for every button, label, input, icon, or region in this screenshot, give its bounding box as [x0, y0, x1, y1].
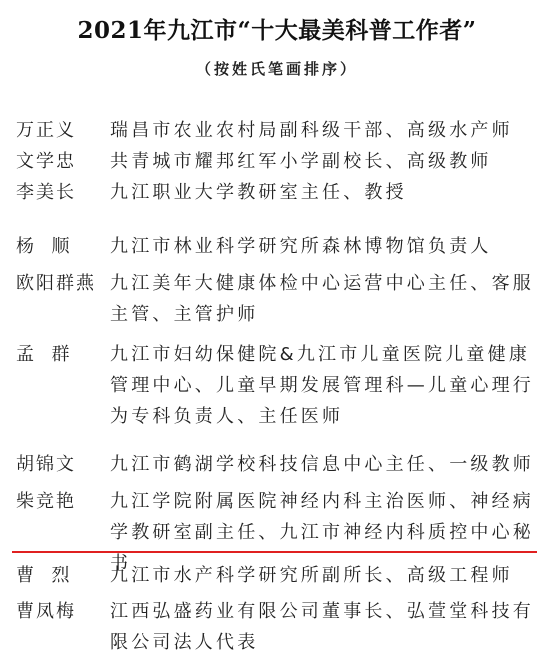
awardee-description: 九江美年大健康体检中心运营中心主任、客服主管、主管护师 [110, 268, 542, 330]
awardee-name: 杨 顺 [16, 231, 71, 262]
awardee-name: 曹 烈 [16, 560, 71, 591]
document-title: 2021年九江市“十大最美科普工作者” [0, 12, 554, 45]
awardee-name: 胡锦文 [16, 449, 76, 480]
awardee-name: 欧阳群燕 [16, 268, 96, 299]
awardee-description: 江西弘盛药业有限公司董事长、弘萱堂科技有限公司法人代表 [110, 596, 542, 658]
awardee-description: 共青城市耀邦红军小学副校长、高级教师 [110, 146, 542, 177]
awardee-name: 万正义 [16, 115, 76, 146]
red-divider-line [12, 551, 537, 553]
awardee-description: 瑞昌市农业农村局副科级干部、高级水产师 [110, 115, 542, 146]
awardee-description: 九江职业大学教研室主任、教授 [110, 177, 542, 208]
awardee-description: 九江市妇幼保健院&九江市儿童医院儿童健康管理中心、儿童早期发展管理科—儿童心理行… [110, 339, 542, 432]
awardee-description: 九江市鹤湖学校科技信息中心主任、一级教师 [110, 449, 542, 480]
awardee-name: 曹凤梅 [16, 596, 76, 627]
document-subtitle: （按姓氏笔画排序） [0, 58, 554, 79]
awardee-description: 九江市水产科学研究所副所长、高级工程师 [110, 560, 542, 591]
awardee-name: 柴竞艳 [16, 486, 76, 517]
awardee-name: 李美长 [16, 177, 76, 208]
awardee-description: 九江市林业科学研究所森林博物馆负责人 [110, 231, 542, 262]
awardee-name: 文学忠 [16, 146, 76, 177]
awardee-name: 孟 群 [16, 339, 71, 370]
